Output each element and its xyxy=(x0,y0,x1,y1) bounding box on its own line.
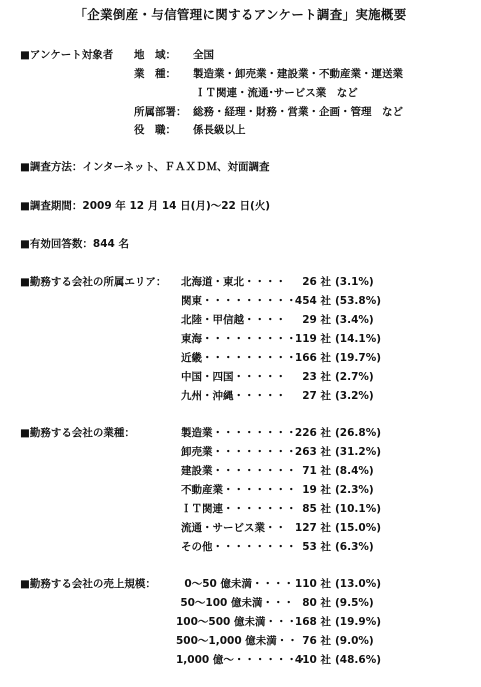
list-item: 不動産業・・・・・・・19 社(2.3%) xyxy=(181,484,374,497)
list-item: 卸売業・・・・・・・・263 社(31.2%) xyxy=(181,446,381,459)
list-item: 1,000 億～・・・・・・・410 社(48.6%) xyxy=(176,654,381,667)
target-value-position: 係長級以上 xyxy=(193,124,246,137)
valid-responses: ■有効回答数：844 名 xyxy=(20,238,129,251)
target-value-department: 総務・経理・財務・営業・企画・管理 など xyxy=(193,106,403,119)
list-item: 建設業・・・・・・・・71 社(8.4%) xyxy=(181,465,374,478)
list-item: 東海・・・・・・・・・119 社(14.1%) xyxy=(181,333,381,346)
target-value-region: 全国 xyxy=(193,49,214,62)
list-item: 中国・四国・・・・・23 社(2.7%) xyxy=(181,371,374,384)
survey-period: ■調査期間：2009 年 12 月 14 日(月)～22 日(火) xyxy=(20,200,270,213)
list-item: 50～100 億未満・・・80 社(9.5%) xyxy=(176,597,374,610)
list-item: 製造業・・・・・・・・226 社(26.8%) xyxy=(181,427,381,440)
page-title: 「企業倒産・与信管理に関するアンケート調査」実施概要 xyxy=(0,8,481,21)
target-heading: ■アンケート対象者 xyxy=(20,49,113,62)
target-value-industry-cont: ＩＴ関連・流通･サービス業 など xyxy=(195,87,358,100)
target-key-region: 地 域： xyxy=(134,49,176,62)
list-item: 流通・サービス業・・127 社(15.0%) xyxy=(181,522,381,535)
list-item: 北陸・甲信越・・・・29 社(3.4%) xyxy=(181,314,374,327)
list-item: 北海道・東北・・・・26 社(3.1%) xyxy=(181,276,374,289)
area-heading: ■勤務する会社の所属エリア： xyxy=(20,276,166,289)
list-item: ＩＴ関連・・・・・・・85 社(10.1%) xyxy=(181,503,381,516)
list-item: 九州・沖縄・・・・・27 社(3.2%) xyxy=(181,390,374,403)
sales-heading: ■勤務する会社の売上規模： xyxy=(20,578,156,591)
list-item: 関東・・・・・・・・・454 社(53.8%) xyxy=(181,295,381,308)
target-key-position: 役 職： xyxy=(134,124,176,137)
industry-heading: ■勤務する会社の業種： xyxy=(20,427,135,440)
target-key-department: 所属部署： xyxy=(134,106,187,119)
target-key-industry: 業 種： xyxy=(134,68,176,81)
survey-method: ■調査方法：インターネット、ＦＡＸＤＭ、対面調査 xyxy=(20,161,270,174)
list-item: その他・・・・・・・・53 社(6.3%) xyxy=(181,541,374,554)
list-item: 100～500 億未満・・・168 社(19.9%) xyxy=(176,616,381,629)
list-item: 0～50 億未満・・・・110 社(13.0%) xyxy=(176,578,381,591)
list-item: 500～1,000 億未満・・76 社(9.0%) xyxy=(176,635,374,648)
target-value-industry: 製造業・卸売業・建設業・不動産業・運送業 xyxy=(193,68,403,81)
list-item: 近畿・・・・・・・・・166 社(19.7%) xyxy=(181,352,381,365)
